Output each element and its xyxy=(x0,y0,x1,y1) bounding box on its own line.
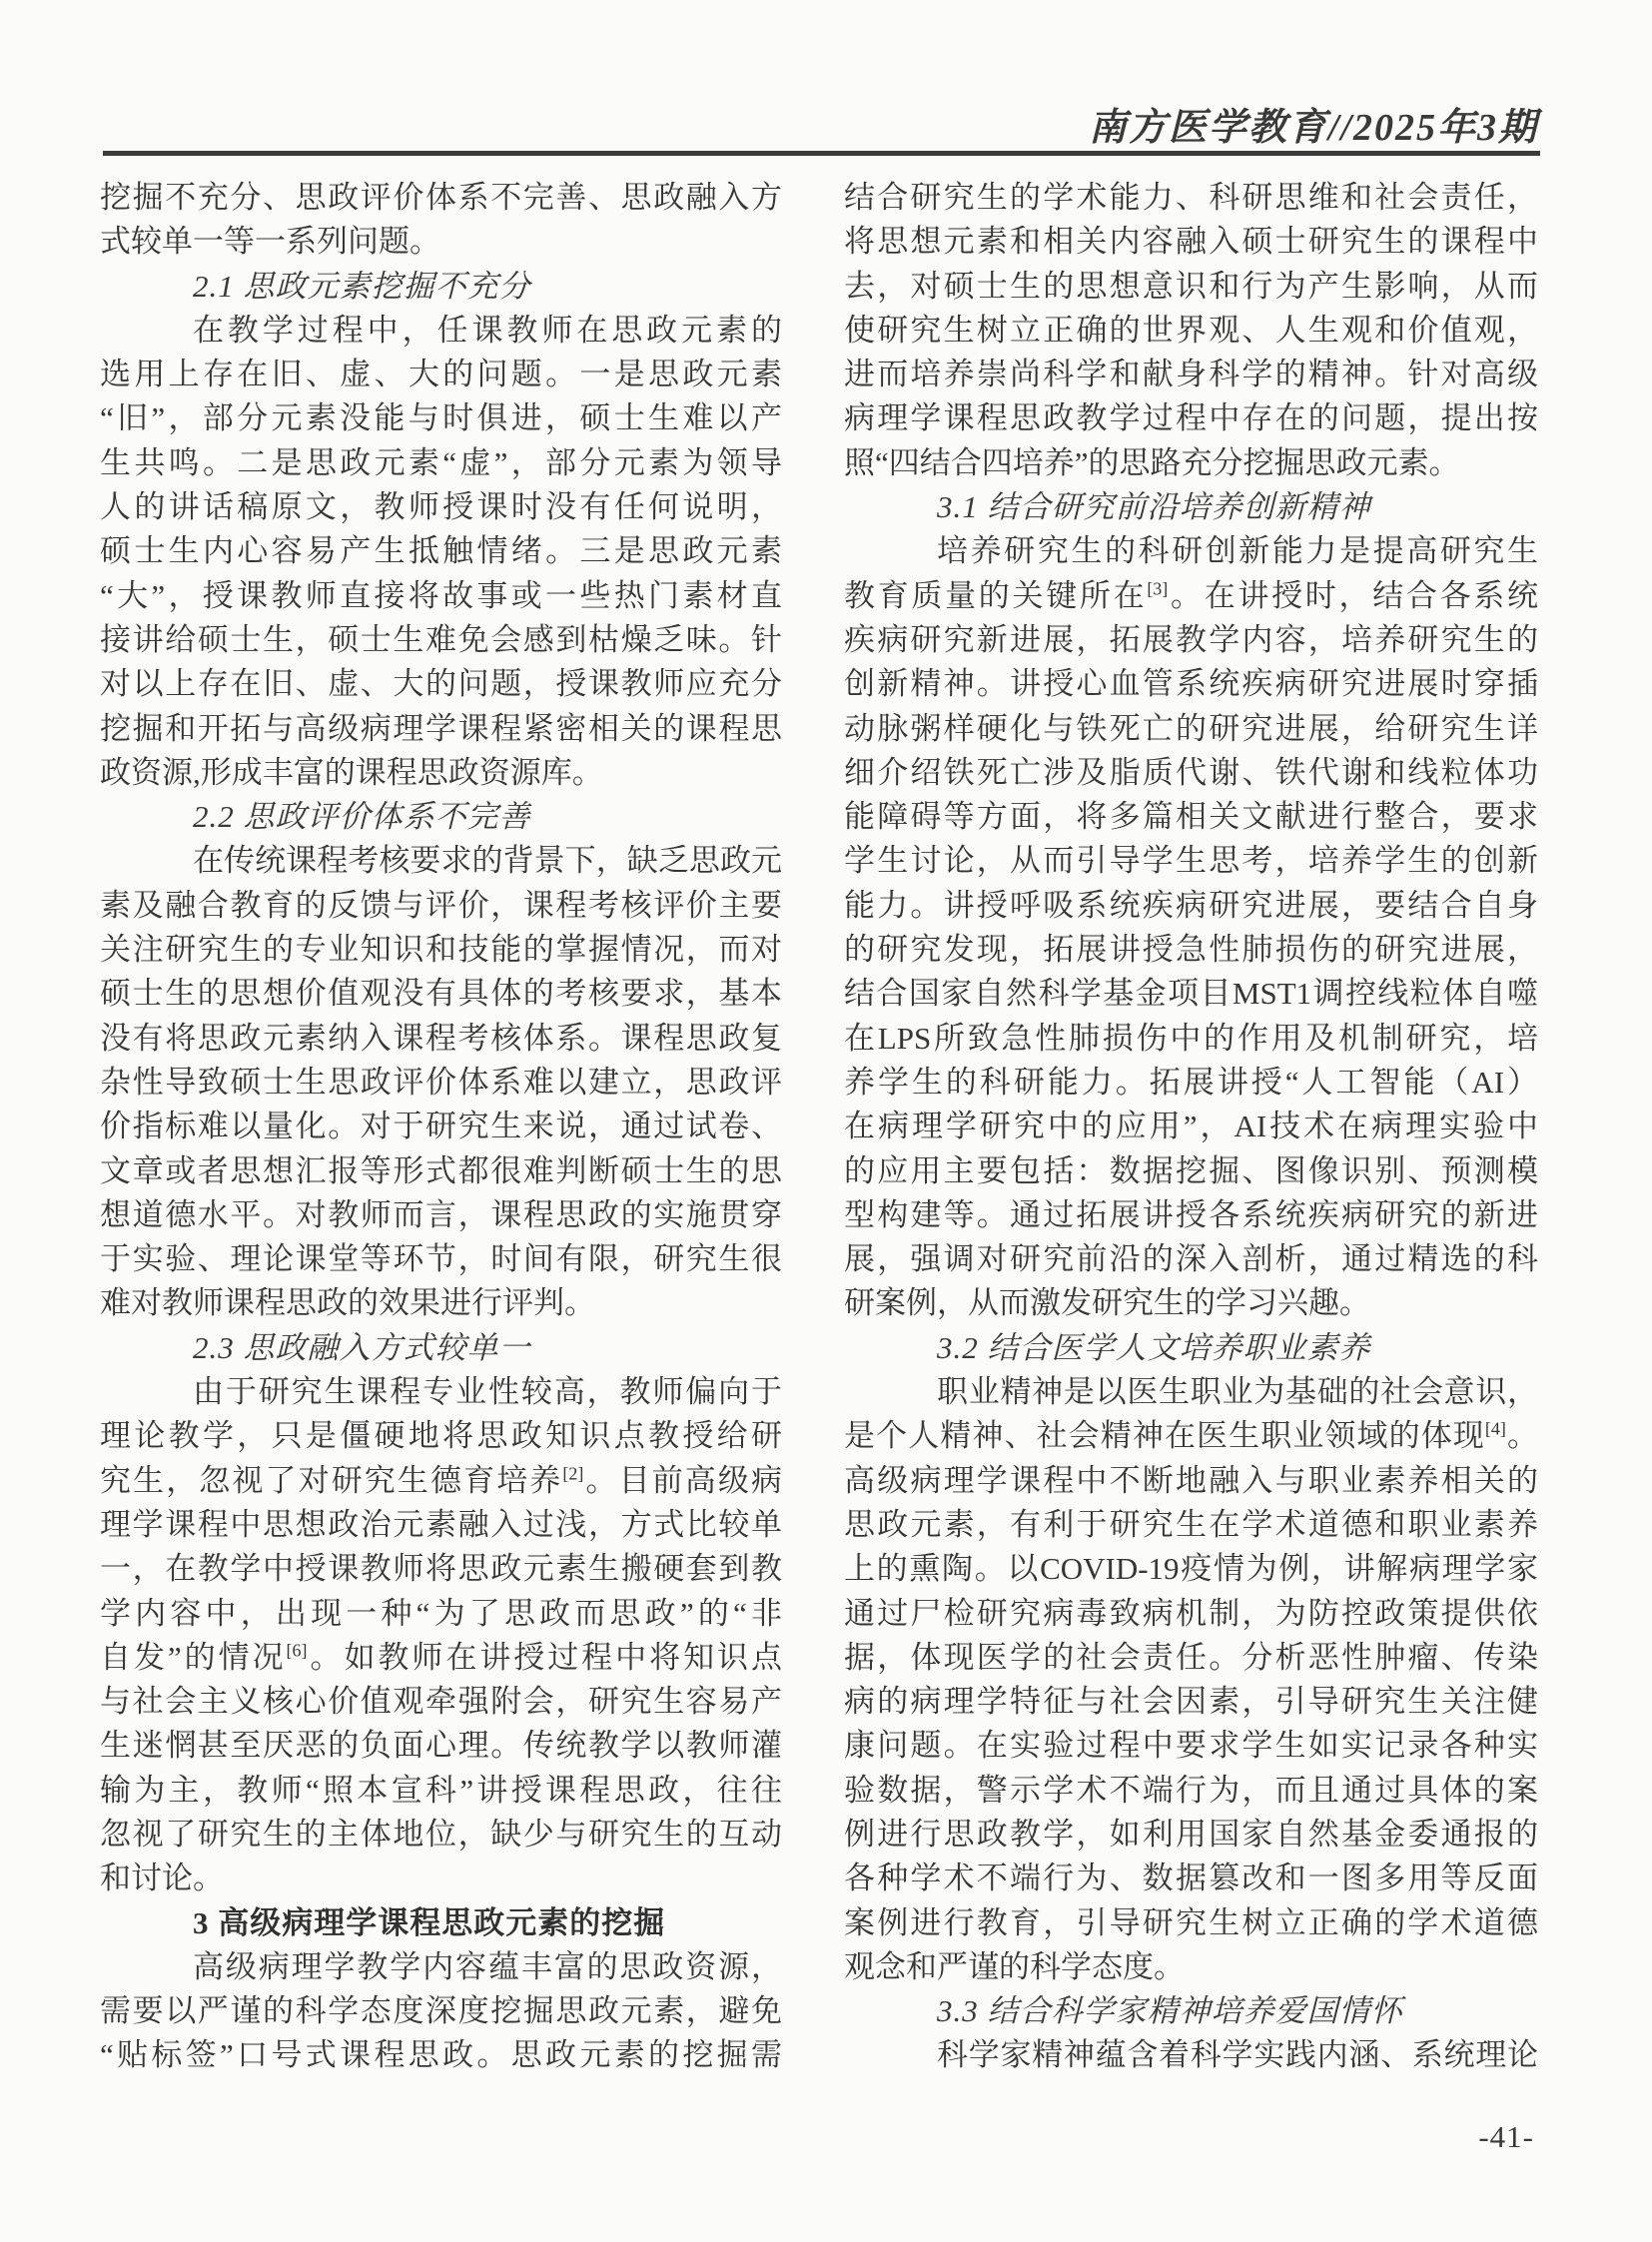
text-line: 硕士生内心容易产生抵触情绪。三是思政元素 xyxy=(100,529,782,573)
text-line: 与社会主义核心价值观牵强附会，研究生容易产 xyxy=(100,1680,782,1724)
left-column: 挖掘不充分、思政评价体系不完善、思政融入方式较单一等一系列问题。2.1 思政元素… xyxy=(100,176,782,2078)
citation-reference: [2] xyxy=(562,1463,583,1483)
text-line: 型构建等。通过拓展讲授各系统疾病研究的新进 xyxy=(844,1193,1538,1237)
text-line: 病的病理学特征与社会因素，引导研究生关注健 xyxy=(844,1680,1538,1724)
text-line: 输为主，教师“照本宣科”讲授课程思政，往往 xyxy=(100,1769,782,1813)
text-line: 难对教师课程思政的效果进行评判。 xyxy=(100,1281,782,1325)
text-line: “大”，授课教师直接将故事或一些热门素材直 xyxy=(100,574,782,618)
text-line: 文章或者思想汇报等形式都很难判断硕士生的思 xyxy=(100,1149,782,1193)
header-rule xyxy=(103,151,1540,156)
text-line: 照“四结合四培养”的思路充分挖掘思政元素。 xyxy=(844,441,1538,485)
text-line: 究生，忽视了对研究生德育培养[2]。目前高级病 xyxy=(100,1459,782,1503)
text-line: 展，强调对研究前沿的深入剖析，通过精选的科 xyxy=(844,1237,1538,1281)
text-line: 职业精神是以医生职业为基础的社会意识， xyxy=(844,1370,1538,1414)
text-line: 人的讲话稿原文，教师授课时没有任何说明， xyxy=(100,485,782,529)
text-line: 康问题。在实验过程中要求学生如实记录各种实 xyxy=(844,1724,1538,1768)
text-line: 能力。讲授呼吸系统疾病研究进展，要结合自身 xyxy=(844,884,1538,928)
text-line: 去，对硕士生的思想意识和行为产生影响，从而 xyxy=(844,265,1538,309)
text-line: 疾病研究新进展，拓展教学内容，培养研究生的 xyxy=(844,618,1538,662)
section-heading: 2.3 思政融入方式较单一 xyxy=(100,1326,782,1370)
text-line: 结合国家自然科学基金项目MST1调控线粒体自噬 xyxy=(844,972,1538,1016)
text-line: “旧”，部分元素没能与时俱进，硕士生难以产 xyxy=(100,396,782,440)
citation-reference: [3] xyxy=(1147,578,1168,598)
text-line: 在LPS所致急性肺损伤中的作用及机制研究，培 xyxy=(844,1017,1538,1061)
journal-header: 南方医学教育//2025年3期 xyxy=(1089,96,1538,151)
text-line: 硕士生的思想价值观没有具体的考核要求，基本 xyxy=(100,972,782,1016)
text-line: 动脉粥样硬化与铁死亡的研究进展，给研究生详 xyxy=(844,707,1538,751)
text-line: 高级病理学课程中不断地融入与职业素养相关的 xyxy=(844,1459,1538,1503)
right-column: 结合研究生的学术能力、科研思维和社会责任，将思想元素和相关内容融入硕士研究生的课… xyxy=(844,176,1538,2078)
text-line: 没有将思政元素纳入课程考核体系。课程思政复 xyxy=(100,1017,782,1061)
text-line: 接讲给硕士生，硕士生难免会感到枯燥乏味。针 xyxy=(100,618,782,662)
text-line: 挖掘和开拓与高级病理学课程紧密相关的课程思 xyxy=(100,707,782,751)
text-line: 于实验、理论课堂等环节，时间有限，研究生很 xyxy=(100,1237,782,1281)
text-line: 创新精神。讲授心血管系统疾病研究进展时穿插 xyxy=(844,662,1538,706)
text-line: 想道德水平。对教师而言，课程思政的实施贯穿 xyxy=(100,1193,782,1237)
text-line: 教育质量的关键所在[3]。在讲授时，结合各系统 xyxy=(844,574,1538,618)
text-line: 忽视了研究生的主体地位，缺少与研究生的互动 xyxy=(100,1813,782,1857)
text-line: 进而培养崇尚科学和献身科学的精神。针对高级 xyxy=(844,353,1538,396)
text-line: 理论教学，只是僵硬地将思政知识点教授给研 xyxy=(100,1414,782,1458)
text-line: 在病理学研究中的应用”，AI技术在病理实验中 xyxy=(844,1105,1538,1148)
text-line: 研案例，从而激发研究生的学习兴趣。 xyxy=(844,1281,1538,1325)
text-line: 选用上存在旧、虚、大的问题。一是思政元素 xyxy=(100,353,782,396)
text-line: 理学课程中思想政治元素融入过浅，方式比较单 xyxy=(100,1503,782,1547)
text-line: 学生讨论，从而引导学生思考，培养学生的创新 xyxy=(844,839,1538,883)
section-heading: 3.3 结合科学家精神培养爱国情怀 xyxy=(844,1989,1538,2033)
text-line: 观念和严谨的科学态度。 xyxy=(844,1945,1538,1989)
text-line: 通过尸检研究病毒致病机制，为防控政策提供依 xyxy=(844,1592,1538,1636)
text-line: 生共鸣。二是思政元素“虚”，部分元素为领导 xyxy=(100,441,782,485)
text-line: 科学家精神蕴含着科学实践内涵、系统理论 xyxy=(844,2033,1538,2077)
text-line: 式较单一等一系列问题。 xyxy=(100,220,782,264)
text-line: 细介绍铁死亡涉及脂质代谢、铁代谢和线粒体功 xyxy=(844,751,1538,795)
text-line: 结合研究生的学术能力、科研思维和社会责任， xyxy=(844,176,1538,220)
text-line: 在传统课程考核要求的背景下，缺乏思政元 xyxy=(100,839,782,883)
section-heading: 2.1 思政元素挖掘不充分 xyxy=(100,265,782,309)
text-line: 养学生的科研能力。拓展讲授“人工智能（AI） xyxy=(844,1061,1538,1105)
text-line: 的应用主要包括：数据挖掘、图像识别、预测模 xyxy=(844,1149,1538,1193)
text-line: 据，体现医学的社会责任。分析恶性肿瘤、传染 xyxy=(844,1636,1538,1680)
section-heading: 2.2 思政评价体系不完善 xyxy=(100,795,782,839)
text-line: 对以上存在旧、虚、大的问题，授课教师应充分 xyxy=(100,662,782,706)
text-line: “贴标签”口号式课程思政。思政元素的挖掘需 xyxy=(100,2033,782,2077)
text-line: 是个人精神、社会精神在医生职业领域的体现[4]。 xyxy=(844,1414,1538,1458)
text-line: 自发”的情况[6]。如教师在讲授过程中将知识点 xyxy=(100,1636,782,1680)
text-line: 一，在教学中授课教师将思政元素生搬硬套到教 xyxy=(100,1547,782,1591)
text-line: 学内容中，出现一种“为了思政而思政”的“非 xyxy=(100,1592,782,1636)
text-line: 挖掘不充分、思政评价体系不完善、思政融入方 xyxy=(100,176,782,220)
text-line: 生迷惘甚至厌恶的负面心理。传统教学以教师灌 xyxy=(100,1724,782,1768)
text-line: 政资源,形成丰富的课程思政资源库。 xyxy=(100,751,782,795)
text-line: 思政元素，有利于研究生在学术道德和职业素养 xyxy=(844,1503,1538,1547)
text-line: 案例进行教育，引导研究生树立正确的学术道德 xyxy=(844,1901,1538,1945)
text-line: 验数据，警示学术不端行为，而且通过具体的案 xyxy=(844,1769,1538,1813)
text-line: 病理学课程思政教学过程中存在的问题，提出按 xyxy=(844,396,1538,440)
citation-reference: [6] xyxy=(287,1640,308,1660)
text-line: 上的熏陶。以COVID-19疫情为例，讲解病理学家 xyxy=(844,1547,1538,1591)
text-line: 将思想元素和相关内容融入硕士研究生的课程中 xyxy=(844,220,1538,264)
text-line: 使研究生树立正确的世界观、人生观和价值观， xyxy=(844,309,1538,353)
section-heading: 3.2 结合医学人文培养职业素养 xyxy=(844,1326,1538,1370)
text-line: 例进行思政教学，如利用国家自然基金委通报的 xyxy=(844,1813,1538,1857)
text-line: 高级病理学教学内容蕴丰富的思政资源， xyxy=(100,1945,782,1989)
text-line: 和讨论。 xyxy=(100,1857,782,1900)
section-heading: 3 高级病理学课程思政元素的挖掘 xyxy=(100,1901,782,1945)
citation-reference: [4] xyxy=(1485,1419,1506,1439)
text-line: 关注研究生的专业知识和技能的掌握情况，而对 xyxy=(100,928,782,972)
text-line: 各种学术不端行为、数据篡改和一图多用等反面 xyxy=(844,1857,1538,1900)
text-line: 在教学过程中，任课教师在思政元素的 xyxy=(100,309,782,353)
text-line: 素及融合教育的反馈与评价，课程考核评价主要 xyxy=(100,884,782,928)
text-line: 由于研究生课程专业性较高，教师偏向于 xyxy=(100,1370,782,1414)
text-line: 的研究发现，拓展讲授急性肺损伤的研究进展， xyxy=(844,928,1538,972)
text-line: 需要以严谨的科学态度深度挖掘思政元素，避免 xyxy=(100,1989,782,2033)
article-body: 挖掘不充分、思政评价体系不完善、思政融入方式较单一等一系列问题。2.1 思政元素… xyxy=(100,176,1538,2078)
text-line: 杂性导致硕士生思政评价体系难以建立，思政评 xyxy=(100,1061,782,1105)
text-line: 培养研究生的科研创新能力是提高研究生 xyxy=(844,529,1538,573)
page-number: -41- xyxy=(1478,2119,1534,2155)
text-line: 能障碍等方面，将多篇相关文献进行整合，要求 xyxy=(844,795,1538,839)
section-heading: 3.1 结合研究前沿培养创新精神 xyxy=(844,485,1538,529)
text-line: 价指标难以量化。对于研究生来说，通过试卷、 xyxy=(100,1105,782,1148)
